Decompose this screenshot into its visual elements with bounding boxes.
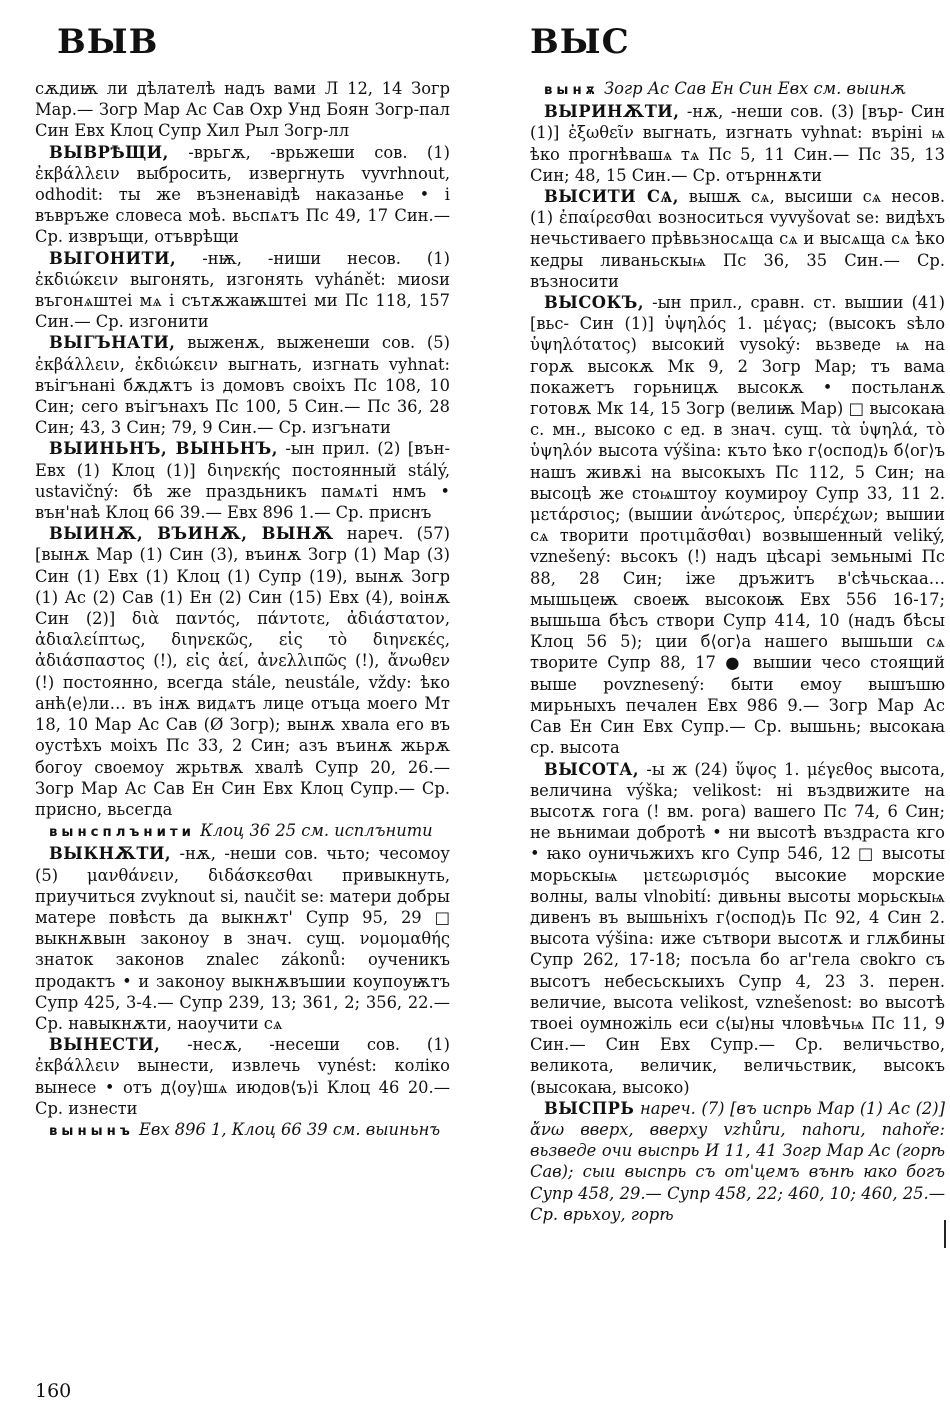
entry-body: -нѫ, -неши сов. чьто; чесомоу (5) μανθάν… xyxy=(35,844,450,1033)
entry-body: Зогр Ас Сав Ен Син Евх см. выинѫ xyxy=(599,79,906,98)
entry-vynsplniti: вынсплънити Клоц 36 25 см. исплънити xyxy=(35,820,450,843)
spaced-headword: вынынъ xyxy=(49,1124,134,1139)
entry-vysok: ВЫСОКЪ, -ын прил., сравн. ст. вышии (41)… xyxy=(530,292,945,758)
entry-body: Клоц 36 25 см. исплънити xyxy=(195,821,433,840)
headword: ВЫСИТИ СѦ, xyxy=(544,187,679,206)
headword: ВЫСПРЬ xyxy=(544,1099,634,1118)
entry-vyrinuti: ВЫРИНѪТИ, -нѫ, -неши сов. (3) [вър- Син … xyxy=(530,101,945,186)
dictionary-page: ВЫВ ВЫС сѫдиѭ ли дѣлателѣ надъ вами Л 12… xyxy=(0,0,950,1402)
headword: ВЫНЕСТИ, xyxy=(49,1035,160,1054)
headword: ВЫИНЬНЪ, ВЫНЬНЪ, xyxy=(49,439,278,458)
entry-vyvreshchi: ВЫВРѢЩИ, -врьгѫ, -врьжеши сов. (1) ἐκβάλ… xyxy=(35,142,450,248)
entry-vygunati: ВЫГЪНАТИ, выженѫ, выженеши сов. (5) ἐκβά… xyxy=(35,332,450,438)
entry-vyinin: ВЫИНЬНЪ, ВЫНЬНЪ, -ын прил. (2) [вън- Евх… xyxy=(35,438,450,523)
entry-vyspr: ВЫСПРЬ нареч. (7) [въ испрь Мар (1) Ас (… xyxy=(530,1098,945,1225)
entry-vyknuti: ВЫКНѪТИ, -нѫ, -неши сов. чьто; чесомоу (… xyxy=(35,843,450,1034)
page-number: 160 xyxy=(35,1380,71,1402)
entry-vynu: вынѫ Зогр Ас Сав Ен Син Евх см. выинѫ xyxy=(530,78,945,101)
running-head-left: ВЫВ xyxy=(57,22,158,62)
headword: ВЫСОТА, xyxy=(544,760,639,779)
entry-vysiti-sya: ВЫСИТИ СѦ, вышѫ сѧ, высиши сѧ несов. (1)… xyxy=(530,186,945,292)
running-head-right: ВЫС xyxy=(530,22,630,62)
left-column: сѫдиѭ ли дѣлателѣ надъ вами Л 12, 14 Зог… xyxy=(35,78,450,1142)
entry-body: Евх 896 1, Клоц 66 39 см. выиньнъ xyxy=(134,1120,440,1139)
headword: ВЫВРѢЩИ, xyxy=(49,143,169,162)
entry-vyinu: ВЫИНѪ, ВЪИНѪ, ВЫНѪ нареч. (57) [вынѫ Мар… xyxy=(35,523,450,820)
right-column: вынѫ Зогр Ас Сав Ен Син Евх см. выинѫ ВЫ… xyxy=(530,78,945,1225)
spaced-headword: вынсплънити xyxy=(49,825,195,840)
spaced-headword: вынѫ xyxy=(544,83,599,98)
entry-body: -ын прил., сравн. ст. вышии (41) [вьс- С… xyxy=(530,293,945,757)
entry-vysota: ВЫСОТА, -ы ж (24) ὕψος 1. μέγεθος высота… xyxy=(530,759,945,1098)
headword: ВЫРИНѪТИ, xyxy=(544,102,679,121)
entry-body: нареч. (57) [вынѫ Мар (1) Син (3), въинѫ… xyxy=(35,524,450,819)
margin-rule xyxy=(944,1220,946,1248)
headword: ВЫСОКЪ, xyxy=(544,293,644,312)
entry-vynyn: вынынъ Евх 896 1, Клоц 66 39 см. выиньнъ xyxy=(35,1119,450,1142)
headword: ВЫИНѪ, ВЪИНѪ, ВЫНѪ xyxy=(49,524,334,543)
headword: ВЫГЪНАТИ, xyxy=(49,333,175,352)
entry-body: -ы ж (24) ὕψος 1. μέγεθος высота, величи… xyxy=(530,760,945,1097)
entry-text: сѫдиѭ ли дѣлателѣ надъ вами Л 12, 14 Зог… xyxy=(35,79,450,140)
headword: ВЫКНѪТИ, xyxy=(49,844,171,863)
headword: ВЫГОНИТИ, xyxy=(49,249,176,268)
entry-continuation: сѫдиѭ ли дѣлателѣ надъ вами Л 12, 14 Зог… xyxy=(35,78,450,142)
entry-vynesti: ВЫНЕСТИ, -несѫ, -несеши сов. (1) ἐκβάλλε… xyxy=(35,1034,450,1119)
entry-vygoniti: ВЫГОНИТИ, -нѭ, -ниши несов. (1) ἐκδιώκει… xyxy=(35,248,450,333)
